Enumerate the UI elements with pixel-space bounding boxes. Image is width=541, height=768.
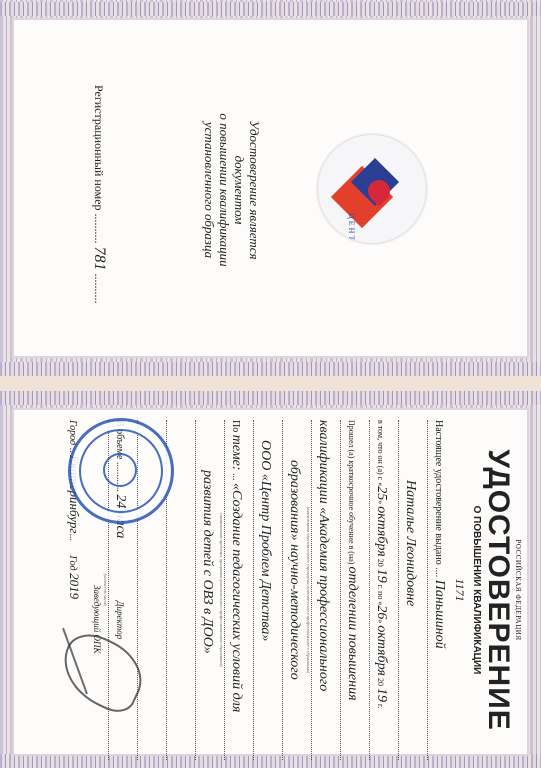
recipient-surname: Паньшиной — [432, 580, 447, 649]
certificate-title: УДОСТОВЕРЕНИЕ — [482, 420, 514, 760]
topic-word: теме: — [229, 435, 244, 471]
dates-prefix: в том, что он (а) с « — [376, 420, 385, 486]
logo-text: ЦЕНТР ПРОБЛЕМ ДЕТСТВА — [347, 213, 356, 243]
center-logo: ЦЕНТР ПРОБЛЕМ ДЕТСТВА — [318, 135, 426, 243]
date-from-year: 19 — [374, 569, 389, 583]
issued-to-row: Настоящее удостоверение выдано .... Пань… — [427, 420, 450, 760]
statement-line-3: установленного образца — [202, 90, 217, 290]
date-to-year: 19 — [374, 688, 389, 702]
institution-row-3: образования» научно-методического — [282, 420, 305, 760]
training-row: Прошел (а) краткосрочное обучение в (на)… — [340, 420, 363, 760]
recipient-name-row: Наталье Леонидовне — [398, 420, 421, 760]
year-value: 2019 — [67, 573, 82, 599]
institution-line-4: ООО «Центр Проблем Детства» — [258, 440, 273, 641]
statement-line-1: Удостоверение является документом — [232, 90, 262, 290]
country-label: РОССИЙСКАЯ ФЕДЕРАЦИЯ — [514, 420, 522, 760]
certificate-number: 1171 — [452, 420, 467, 760]
certificate-subtitle: О ПОВЫШЕНИИ КВАЛИФИКАЦИИ — [471, 420, 482, 760]
topic-row-2: развития детей с ОВЗ в ДОО» — [195, 420, 218, 760]
ornament-middle-1 — [0, 362, 541, 376]
registration-label: Регистрационный номер — [92, 85, 106, 211]
topic-line-2: развития детей с ОВЗ в ДОО» — [200, 470, 215, 654]
issued-label: Настоящее удостоверение выдано — [433, 420, 444, 565]
registration-number: 781 — [91, 247, 108, 271]
institution-line-2: квалификации «Академия профессионального — [316, 420, 331, 691]
recipient-name: Наталье Леонидовне — [403, 480, 418, 606]
year-label: Год — [67, 555, 78, 570]
ornament-top — [0, 2, 541, 16]
institution-row-2: квалификации «Академия профессионального — [311, 420, 334, 760]
date-to-month: октября — [374, 625, 389, 676]
institution-row-4: ООО «Центр Проблем Детства» — [253, 420, 276, 760]
registration-number-row: Регистрационный номер .......... 781 ...… — [90, 85, 108, 304]
institution-line-3: образования» научно-методического — [287, 460, 302, 680]
official-stamp — [68, 418, 174, 524]
training-label: Прошел (а) краткосрочное обучение в (на) — [347, 420, 356, 564]
topic-line-1: «Создание педагогических условий для — [229, 483, 244, 712]
date-to-day: 26 — [374, 605, 389, 619]
dates-row: в том, что он (а) с «25» октября 20 19 г… — [369, 420, 392, 760]
fold-line — [0, 376, 541, 391]
topic-row: По теме: ... «Создание педагогических ус… — [224, 420, 247, 760]
institution-line-1: отделении повышения — [345, 566, 360, 700]
statement-line-2: о повышении квалификации — [217, 90, 232, 290]
topic-label: По — [230, 420, 241, 432]
validity-statement: Удостоверение является документом о повы… — [202, 90, 262, 290]
ornament-middle-2 — [0, 391, 541, 405]
director-label: Директор — [115, 601, 125, 639]
date-from-month: октября — [374, 506, 389, 557]
date-from-day: 25 — [374, 486, 389, 500]
